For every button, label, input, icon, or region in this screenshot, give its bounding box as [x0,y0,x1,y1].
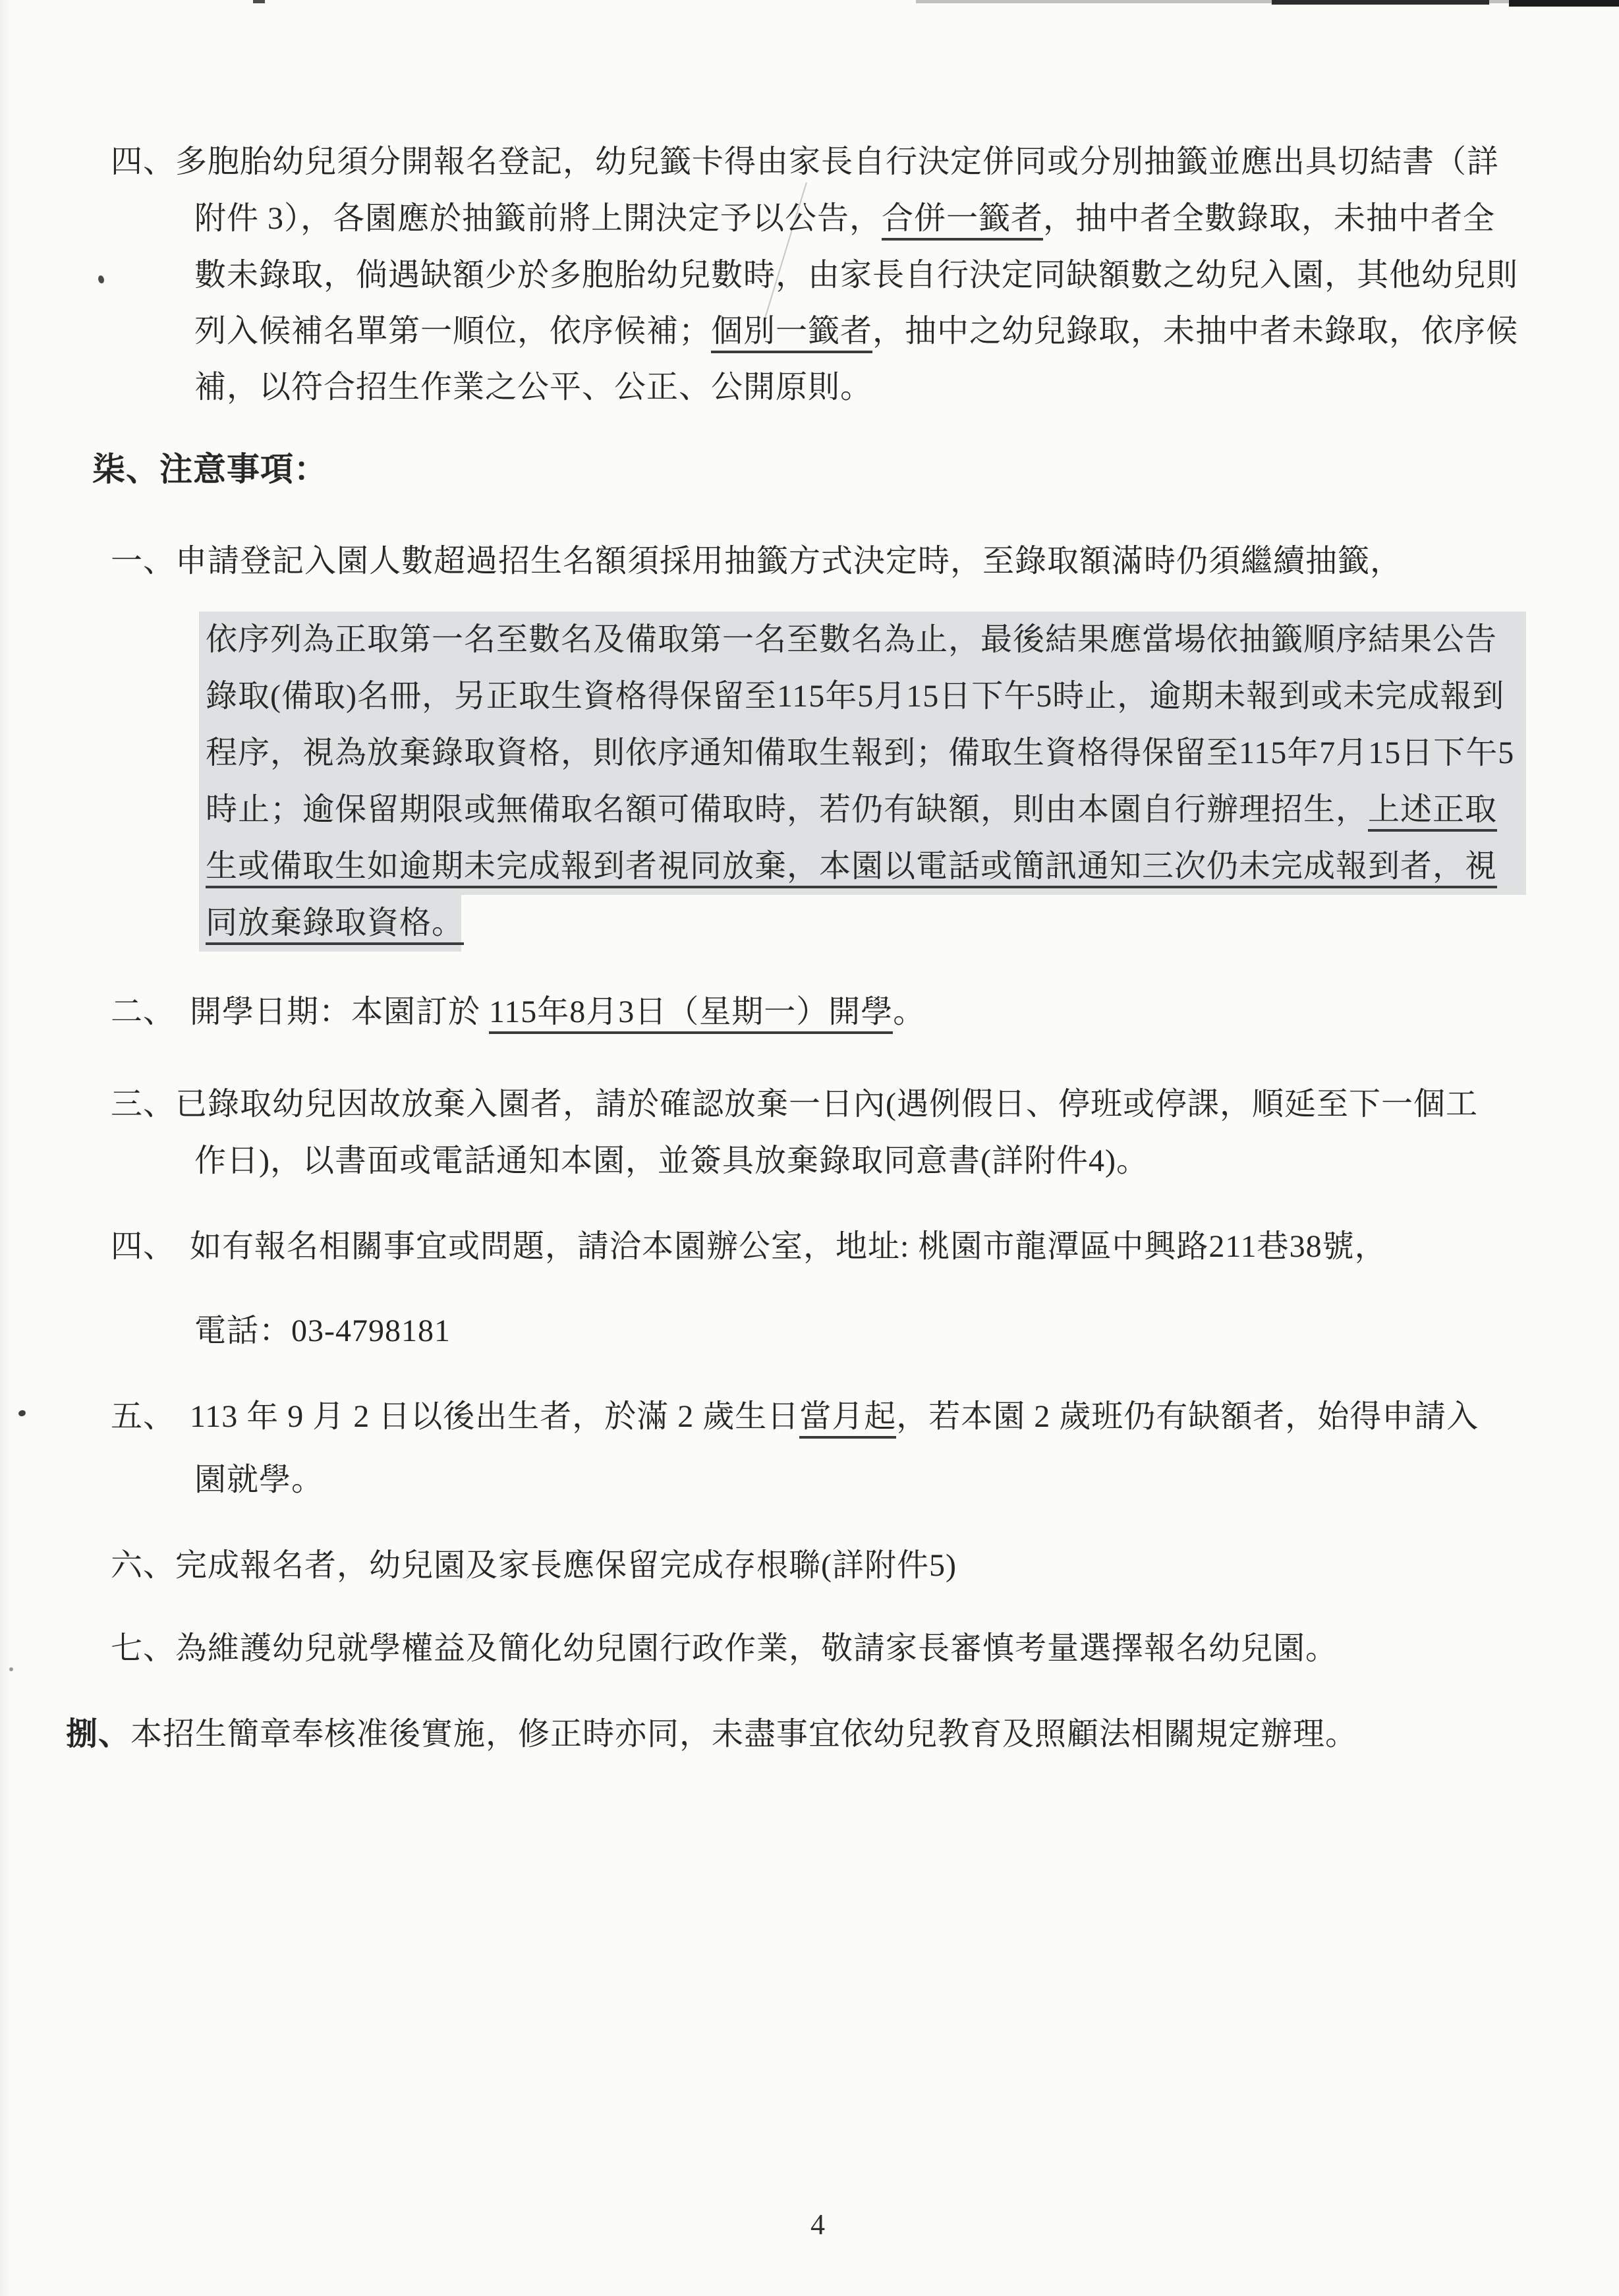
note-four-line-1: 四、如有報名相關事宜或問題，請洽本園辦公室，地址: 桃園市龍潭區中興路211巷3… [111,1228,1387,1265]
note-two-number: 二、 [111,994,175,1029]
highlight-text-4a: 時止；逾保留期限或無備取名額可備取時，若仍有缺額，則由本園自行辦理招生， [206,792,1368,827]
item-four-text-3: 數未錄取，倘遇缺額少於多胞胎幼兒數時，由家長自行決定同缺額數之幼兒入園，其他幼兒… [194,258,1518,293]
note-six-number: 六、 [111,1548,175,1583]
note-one-number: 一、 [111,544,175,579]
left-edge-scan-shade [0,0,11,2296]
highlight-text-3: 程序，視為放棄錄取資格，則依序通知備取生報到；備取生資格得保留至115年7月15… [206,735,1514,770]
note-five-number: 五、 [111,1399,175,1434]
item-four-line-4: 列入候補名單第一順位，依序候補；個別一籤者，抽中之幼兒錄取，未抽中者未錄取，依序… [194,313,1518,350]
top-edge-scan-mark [253,0,265,3]
note-three-text-1: 已錄取幼兒因故放棄入園者，請於確認放棄一日內(遇例假日、停班或停課，順延至下一個… [175,1087,1478,1122]
scanned-document-page: 四、多胞胎幼兒須分開報名登記，幼兒籤卡得由家長自行決定併同或分別抽籤並應出具切結… [0,0,1619,2296]
highlight-text-2: 錄取(備取)名冊，另正取生資格得保留至115年5月15日下午5時止，逾期未報到或… [206,679,1504,714]
note-one-line-1: 一、申請登記入園人數超過招生名額須採用抽籤方式決定時，至錄取額滿時仍須繼續抽籤， [111,543,1402,580]
notes-section-heading: 柒、注意事項： [92,451,327,488]
note-three-line-1: 三、已錄取幼兒因故放棄入園者，請於確認放棄一日內(遇例假日、停班或停課，順延至下… [111,1086,1478,1123]
highlight-line-1: 依序列為正取第一名至數名及備取第一名至數名為止，最後結果應當場依抽籤順序結果公告 [199,612,1526,668]
highlight-text-1: 依序列為正取第一名至數名及備取第一名至數名為止，最後結果應當場依抽籤順序結果公告 [206,622,1497,657]
highlight-underline-4: 上述正取 [1368,792,1497,832]
item-four-text-4b: ，抽中之幼兒錄取，未抽中者未錄取，依序候 [872,314,1518,349]
item-eight-text: 本招生簡章奉核准後實施，修正時亦同，未盡事宜依幼兒教育及照顧法相關規定辦理。 [130,1717,1357,1752]
item-four-text-5: 補，以符合招生作業之公平、公正、公開原則。 [194,370,872,405]
highlight-underline-6: 同放棄錄取資格。 [206,905,464,945]
note-one-text: 申請登記入園人數超過招生名額須採用抽籤方式決定時，至錄取額滿時仍須繼續抽籤， [175,544,1402,579]
ink-speck [18,1410,26,1418]
note-two-text-post: 。 [893,994,925,1029]
note-five-text-1b: ，若本園 2 歲班仍有缺額者，始得申請入 [896,1399,1479,1434]
note-five-text-2: 園就學。 [194,1462,324,1497]
item-four-line-1: 四、多胞胎幼兒須分開報名登記，幼兒籤卡得由家長自行決定併同或分別抽籤並應出具切結… [111,144,1499,181]
item-four-line-2: 附件 3），各園應於抽籤前將上開決定予以公告，合併一籤者，抽中者全數錄取，未抽中… [194,200,1495,237]
top-edge-scan-mark [1272,0,1489,5]
item-four-line-3: 數未錄取，倘遇缺額少於多胞胎幼兒數時，由家長自行決定同缺額數之幼兒入園，其他幼兒… [194,257,1518,294]
item-four-underline-combined-lot: 合併一籤者 [882,201,1043,241]
note-three-line-2: 作日)，以書面或電話通知本園，並簽具放棄錄取同意書(詳附件4)。 [194,1143,1149,1180]
highlight-line-3: 程序，視為放棄錄取資格，則依序通知備取生報到；備取生資格得保留至115年7月15… [199,725,1526,782]
item-four-text-2a: 附件 3），各園應於抽籤前將上開決定予以公告， [194,201,882,236]
ink-speck [97,275,106,285]
item-four-text-4a: 列入候補名單第一順位，依序候補； [194,314,711,349]
item-four-text-2b: ，抽中者全數錄取，未抽中者全 [1043,201,1495,236]
item-eight-line: 捌、本招生簡章奉核准後實施，修正時亦同，未盡事宜依幼兒教育及照顧法相關規定辦理。 [66,1716,1357,1753]
note-three-text-2: 作日)，以書面或電話通知本園，並簽具放棄錄取同意書(詳附件4)。 [194,1143,1149,1178]
item-four-number: 四、 [111,144,175,179]
note-five-line-1: 五、113 年 9 月 2 日以後出生者，於滿 2 歲生日當月起，若本園 2 歲… [111,1398,1479,1435]
note-two-underline-date: 115年8月3日（星期一）開學 [489,994,893,1034]
note-seven-text: 為維護幼兒就學權益及簡化幼兒園行政作業，敬請家長審慎考量選擇報名幼兒園。 [175,1631,1338,1666]
item-four-text-1: 多胞胎幼兒須分開報名登記，幼兒籤卡得由家長自行決定併同或分別抽籤並應出具切結書（… [175,144,1499,179]
page-number: 4 [810,2209,825,2241]
note-four-text-1: 如有報名相關事宜或問題，請洽本園辦公室，地址: 桃園市龍潭區中興路211巷38號… [190,1229,1387,1264]
top-edge-scan-mark [1509,0,1619,7]
highlight-line-5: 生或備取生如逾期未完成報到者視同放棄，本園以電話或簡訊通知三次仍未完成報到者，視 [199,838,1526,895]
note-two-line: 二、開學日期：本園訂於 115年8月3日（星期一）開學。 [111,994,925,1031]
note-three-number: 三、 [111,1087,175,1122]
note-five-underline-month: 當月起 [799,1399,896,1439]
note-seven-line: 七、為維護幼兒就學權益及簡化幼兒園行政作業，敬請家長審慎考量選擇報名幼兒園。 [111,1630,1338,1667]
item-four-line-5: 補，以符合招生作業之公平、公正、公開原則。 [194,369,872,406]
note-six-line: 六、完成報名者，幼兒園及家長應保留完成存根聯(詳附件5) [111,1547,957,1584]
note-four-phone: 電話：03-4798181 [194,1313,451,1348]
item-four-underline-individual-lot: 個別一籤者 [711,314,872,353]
note-five-line-2: 園就學。 [194,1462,324,1499]
note-six-text: 完成報名者，幼兒園及家長應保留完成存根聯(詳附件5) [175,1548,957,1583]
highlight-underline-5: 生或備取生如逾期未完成報到者視同放棄，本園以電話或簡訊通知三次仍未完成報到者，視 [206,849,1497,888]
note-seven-number: 七、 [111,1631,175,1666]
note-four-phone-line: 電話：03-4798181 [194,1313,451,1350]
note-four-number: 四、 [111,1229,175,1264]
note-two-text-pre: 開學日期：本園訂於 [190,994,489,1029]
highlight-line-2: 錄取(備取)名冊，另正取生資格得保留至115年5月15日下午5時止，逾期未報到或… [199,668,1526,725]
highlight-line-6: 同放棄錄取資格。 [199,895,461,952]
item-eight-number: 捌、 [66,1717,130,1752]
highlight-line-4: 時止；逾保留期限或無備取名額可備取時，若仍有缺額，則由本園自行辦理招生，上述正取 [199,782,1526,838]
note-five-text-1a: 113 年 9 月 2 日以後出生者，於滿 2 歲生日 [190,1399,799,1434]
ink-speck [9,1667,13,1671]
